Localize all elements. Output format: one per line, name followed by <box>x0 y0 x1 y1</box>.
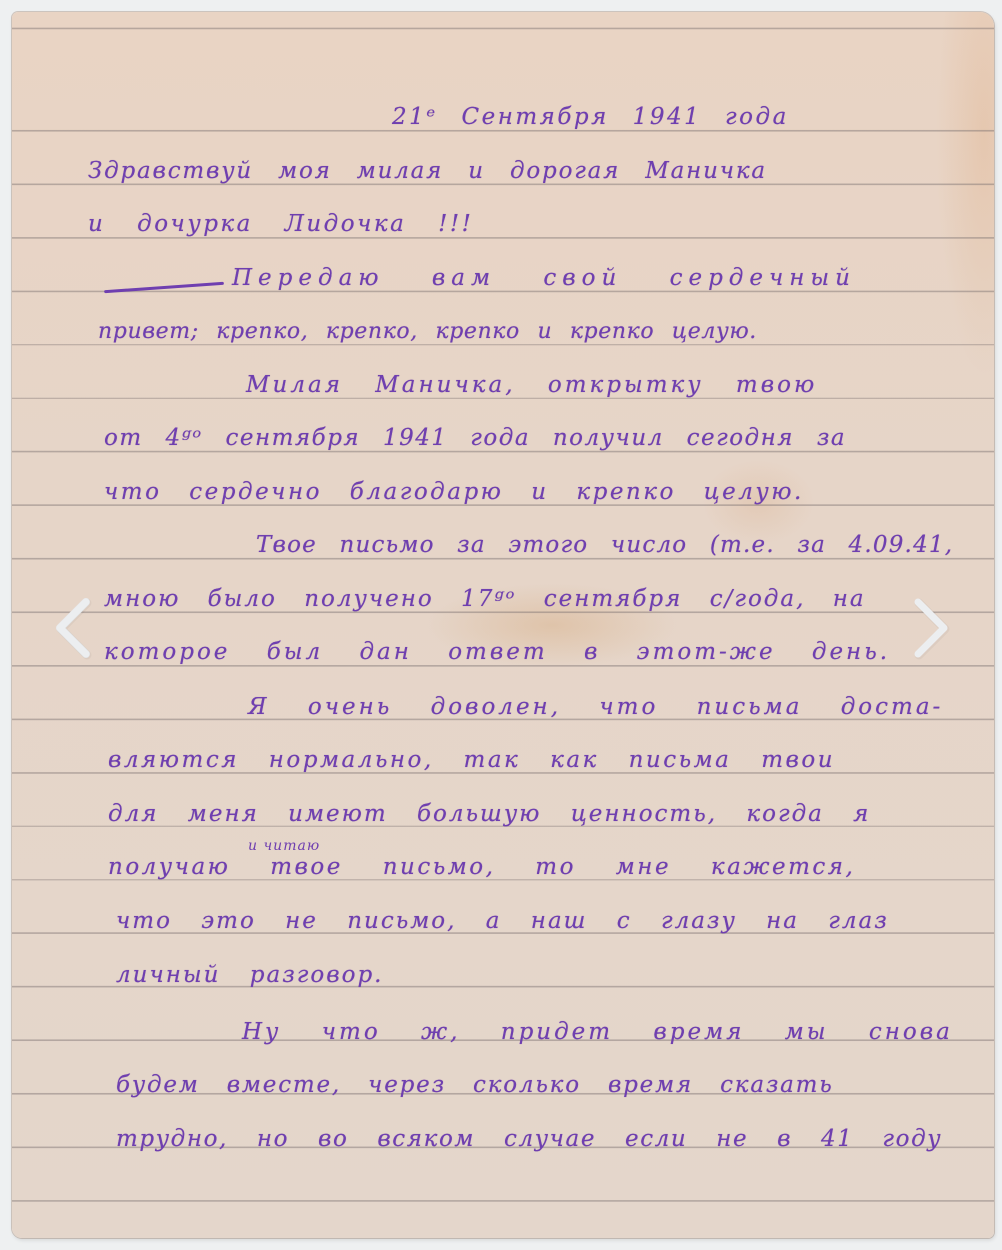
chevron-right-icon <box>912 596 952 660</box>
letter-text-line: трудно, но во всяком случае если не в 41… <box>12 1104 994 1157</box>
letter-text-line: что это не письмо, а наш с глазу на глаз <box>12 886 994 939</box>
letter-text-line: Передаю вам свой сердечный <box>12 243 994 296</box>
chevron-left-icon <box>52 596 92 660</box>
letter-page: 21ᵉ Сентября 1941 года Здравствуй моя ми… <box>12 12 994 1238</box>
letter-date: 21ᵉ Сентября 1941 года <box>12 82 994 135</box>
letter-text-line: от 4ᵍᵒ сентября 1941 года получил сегодн… <box>12 403 994 456</box>
letter-text-line: для меня имеют большую ценность, когда я <box>12 779 994 832</box>
previous-image-button[interactable] <box>52 596 92 660</box>
letter-text-line: что сердечно благодарю и крепко целую. <box>12 457 994 510</box>
letter-text-line: личный разговор. <box>12 940 994 993</box>
letter-text-line: Милая Маничка, открытку твою <box>12 350 994 403</box>
letter-text: 21ᵉ Сентября 1941 года Здравствуй моя ми… <box>12 12 994 1238</box>
letter-text-line: мною было получено 17ᵍᵒ сентября с/года,… <box>12 564 994 617</box>
letter-text-line: Твое письмо за этого число (т.е. за 4.09… <box>12 510 994 563</box>
image-viewer: 21ᵉ Сентября 1941 года Здравствуй моя ми… <box>0 0 1002 1250</box>
letter-text-line: вляются нормально, так как письма твои <box>12 725 994 778</box>
letter-text-line: Я очень доволен, что письма доста- <box>12 672 994 725</box>
letter-text-line: получаю твое письмо, то мне кажется, <box>12 832 994 885</box>
letter-text-line: которое был дан ответ в этот-же день. <box>12 617 994 670</box>
letter-text-line: Ну что ж, придет время мы снова <box>12 997 994 1050</box>
greeting-line: Здравствуй моя милая и дорогая Маничка <box>12 136 994 189</box>
greeting-line-2: и дочурка Лидочка !!! <box>12 189 994 242</box>
letter-text-line: будем вместе, через сколько время сказат… <box>12 1050 994 1103</box>
letter-text-line: привет; крепко, крепко, крепко и крепко … <box>12 296 994 349</box>
next-image-button[interactable] <box>912 596 952 660</box>
